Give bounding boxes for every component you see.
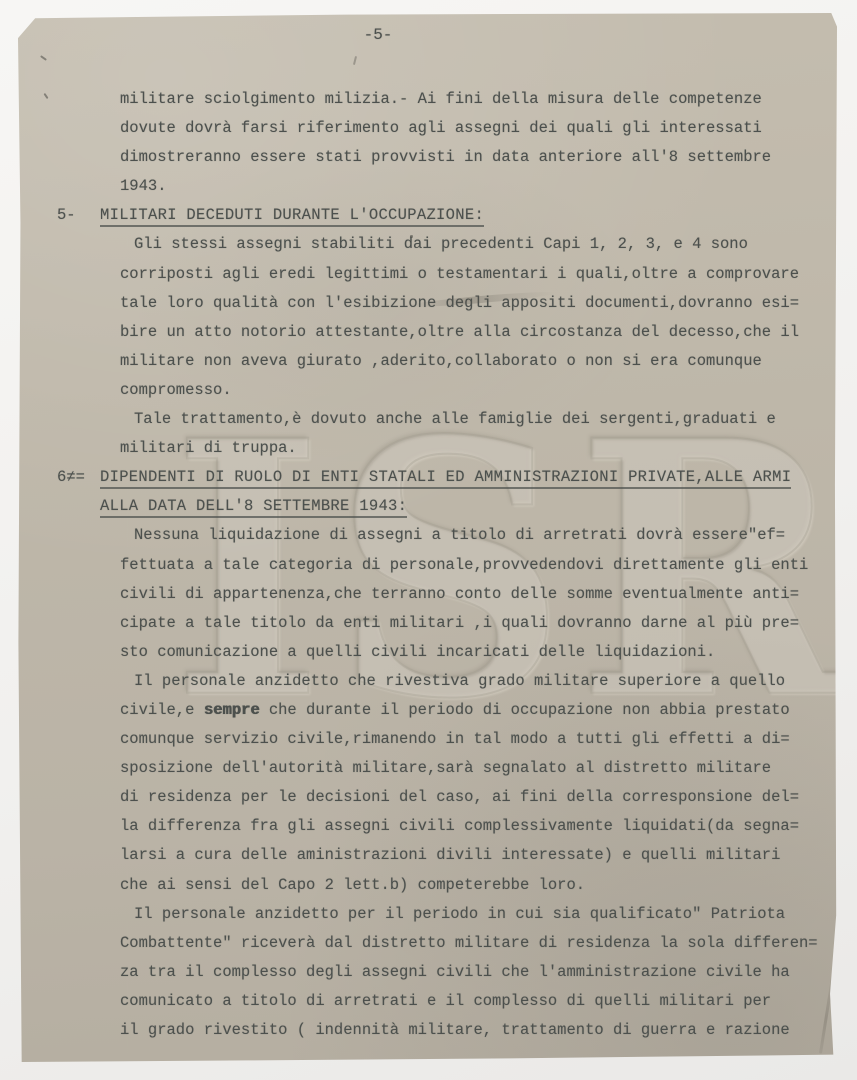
line-text: Combattente" riceverà dal distretto mili…	[120, 934, 818, 952]
line-text: dovute dovrà farsi riferimento agli asse…	[120, 119, 762, 137]
line-text: civili di appartenenza,che terranno cont…	[120, 585, 799, 603]
document-line: civili di appartenenza,che terranno cont…	[120, 580, 826, 609]
line-text: ALLA DATA DELL'8 SETTEMBRE 1943:	[100, 497, 407, 518]
paper-speck	[40, 55, 47, 61]
document-line: sposizione dell'autorità militare,sarà s…	[120, 754, 826, 783]
line-text: comunque servizio civile,rimanendo in ta…	[120, 730, 790, 748]
line-text: fettuata a tale categoria di personale,p…	[120, 556, 808, 574]
paper-speck	[353, 56, 357, 65]
section-number: 5-	[57, 201, 76, 230]
line-text: Tale trattamento,è dovuto anche alle fam…	[120, 410, 776, 428]
section-heading-line: 6≠=DIPENDENTI DI RUOLO DI ENTI STATALI E…	[100, 463, 806, 492]
document-line: larsi a cura delle aministrazioni divili…	[120, 841, 826, 870]
document-line: Gli stessi assegni stabiliti dai precede…	[120, 230, 826, 259]
paper-speck	[410, 235, 413, 238]
line-text: Il personale anzidetto per il periodo in…	[120, 905, 785, 923]
section-heading-line: ALLA DATA DELL'8 SETTEMBRE 1943:	[100, 492, 806, 521]
page-number: -5-	[318, 26, 438, 44]
document-line: Il personale anzidetto per il periodo in…	[120, 900, 826, 929]
section-heading-line: 5-MILITARI DECEDUTI DURANTE L'OCCUPAZION…	[100, 201, 806, 230]
document-line: il grado rivestito ( indennità militare,…	[120, 1016, 826, 1045]
line-text: 1943.	[120, 177, 167, 195]
line-text: Il personale anzidetto che rivestiva gra…	[120, 672, 785, 690]
line-text: compromesso.	[120, 381, 232, 399]
section-number: 6≠=	[57, 463, 85, 492]
document-line: fettuata a tale categoria di personale,p…	[120, 551, 826, 580]
document-line: di residenza per le decisioni del caso, …	[120, 783, 826, 812]
line-text: Gli stessi assegni stabiliti dai precede…	[120, 235, 748, 253]
document-line: militare sciolgimento milizia.- Ai fini …	[120, 85, 826, 114]
line-text: DIPENDENTI DI RUOLO DI ENTI STATALI ED A…	[100, 468, 791, 489]
line-text: il grado rivestito ( indennità militare,…	[120, 1021, 790, 1039]
document-line: corriposti agli eredi legittimi o testam…	[120, 260, 826, 289]
line-text: za tra il complesso degli assegni civili…	[120, 963, 790, 981]
line-text: militare non aveva giurato ,aderito,coll…	[120, 352, 762, 370]
line-text: civile,e	[120, 701, 204, 719]
document-line: comunicato a titolo di arretrati e il co…	[120, 987, 826, 1016]
line-text: militare sciolgimento milizia.- Ai fini …	[120, 90, 762, 108]
document-line: Il personale anzidetto che rivestiva gra…	[120, 667, 826, 696]
document-line: za tra il complesso degli assegni civili…	[120, 958, 826, 987]
line-text: di residenza per le decisioni del caso, …	[120, 788, 799, 806]
document-line: militare non aveva giurato ,aderito,coll…	[120, 347, 826, 376]
document-line: Nessuna liquidazione di assegni a titolo…	[120, 521, 826, 550]
line-text: che ai sensi del Capo 2 lett.b) competer…	[120, 876, 585, 894]
document-line: sto comunicazione a quelli civili incari…	[120, 638, 826, 667]
line-text: bire un atto notorio attestante,oltre al…	[120, 323, 799, 341]
emphasized-word: sempre	[204, 701, 260, 719]
paper-speck	[43, 93, 48, 99]
document-line: bire un atto notorio attestante,oltre al…	[120, 318, 826, 347]
document-line: militari di truppa.	[120, 434, 826, 463]
document-line: dovute dovrà farsi riferimento agli asse…	[120, 114, 826, 143]
document-line: compromesso.	[120, 376, 826, 405]
line-text: che durante il periodo di occupazione no…	[260, 701, 790, 719]
line-text: corriposti agli eredi legittimi o testam…	[120, 265, 799, 283]
document-line: 1943.	[120, 172, 826, 201]
line-text: dimostreranno essere stati provvisti in …	[120, 148, 771, 166]
line-text: militari di truppa.	[120, 439, 297, 457]
document-line: dimostreranno essere stati provvisti in …	[120, 143, 826, 172]
line-text: sposizione dell'autorità militare,sarà s…	[120, 759, 771, 777]
document-line: la differenza fra gli assegni civili com…	[120, 812, 826, 841]
document-line: che ai sensi del Capo 2 lett.b) competer…	[120, 871, 826, 900]
line-text: sto comunicazione a quelli civili incari…	[120, 643, 715, 661]
line-text: comunicato a titolo di arretrati e il co…	[120, 992, 771, 1010]
document-page: ISR -5- militare sciolgimento milizia.- …	[18, 13, 837, 1062]
document-line: Combattente" riceverà dal distretto mili…	[120, 929, 826, 958]
line-text: cipate a tale titolo da enti militari ,i…	[120, 614, 799, 632]
line-text: larsi a cura delle aministrazioni divili…	[120, 846, 780, 864]
document-line: cipate a tale titolo da enti militari ,i…	[120, 609, 826, 638]
document-line: civile,e sempre che durante il periodo d…	[120, 696, 826, 725]
line-text: Nessuna liquidazione di assegni a titolo…	[120, 526, 785, 544]
document-line: comunque servizio civile,rimanendo in ta…	[120, 725, 826, 754]
document-body: militare sciolgimento milizia.- Ai fini …	[120, 85, 826, 1045]
line-text: MILITARI DECEDUTI DURANTE L'OCCUPAZIONE:	[100, 206, 484, 227]
line-text: la differenza fra gli assegni civili com…	[120, 817, 799, 835]
document-line: Tale trattamento,è dovuto anche alle fam…	[120, 405, 826, 434]
